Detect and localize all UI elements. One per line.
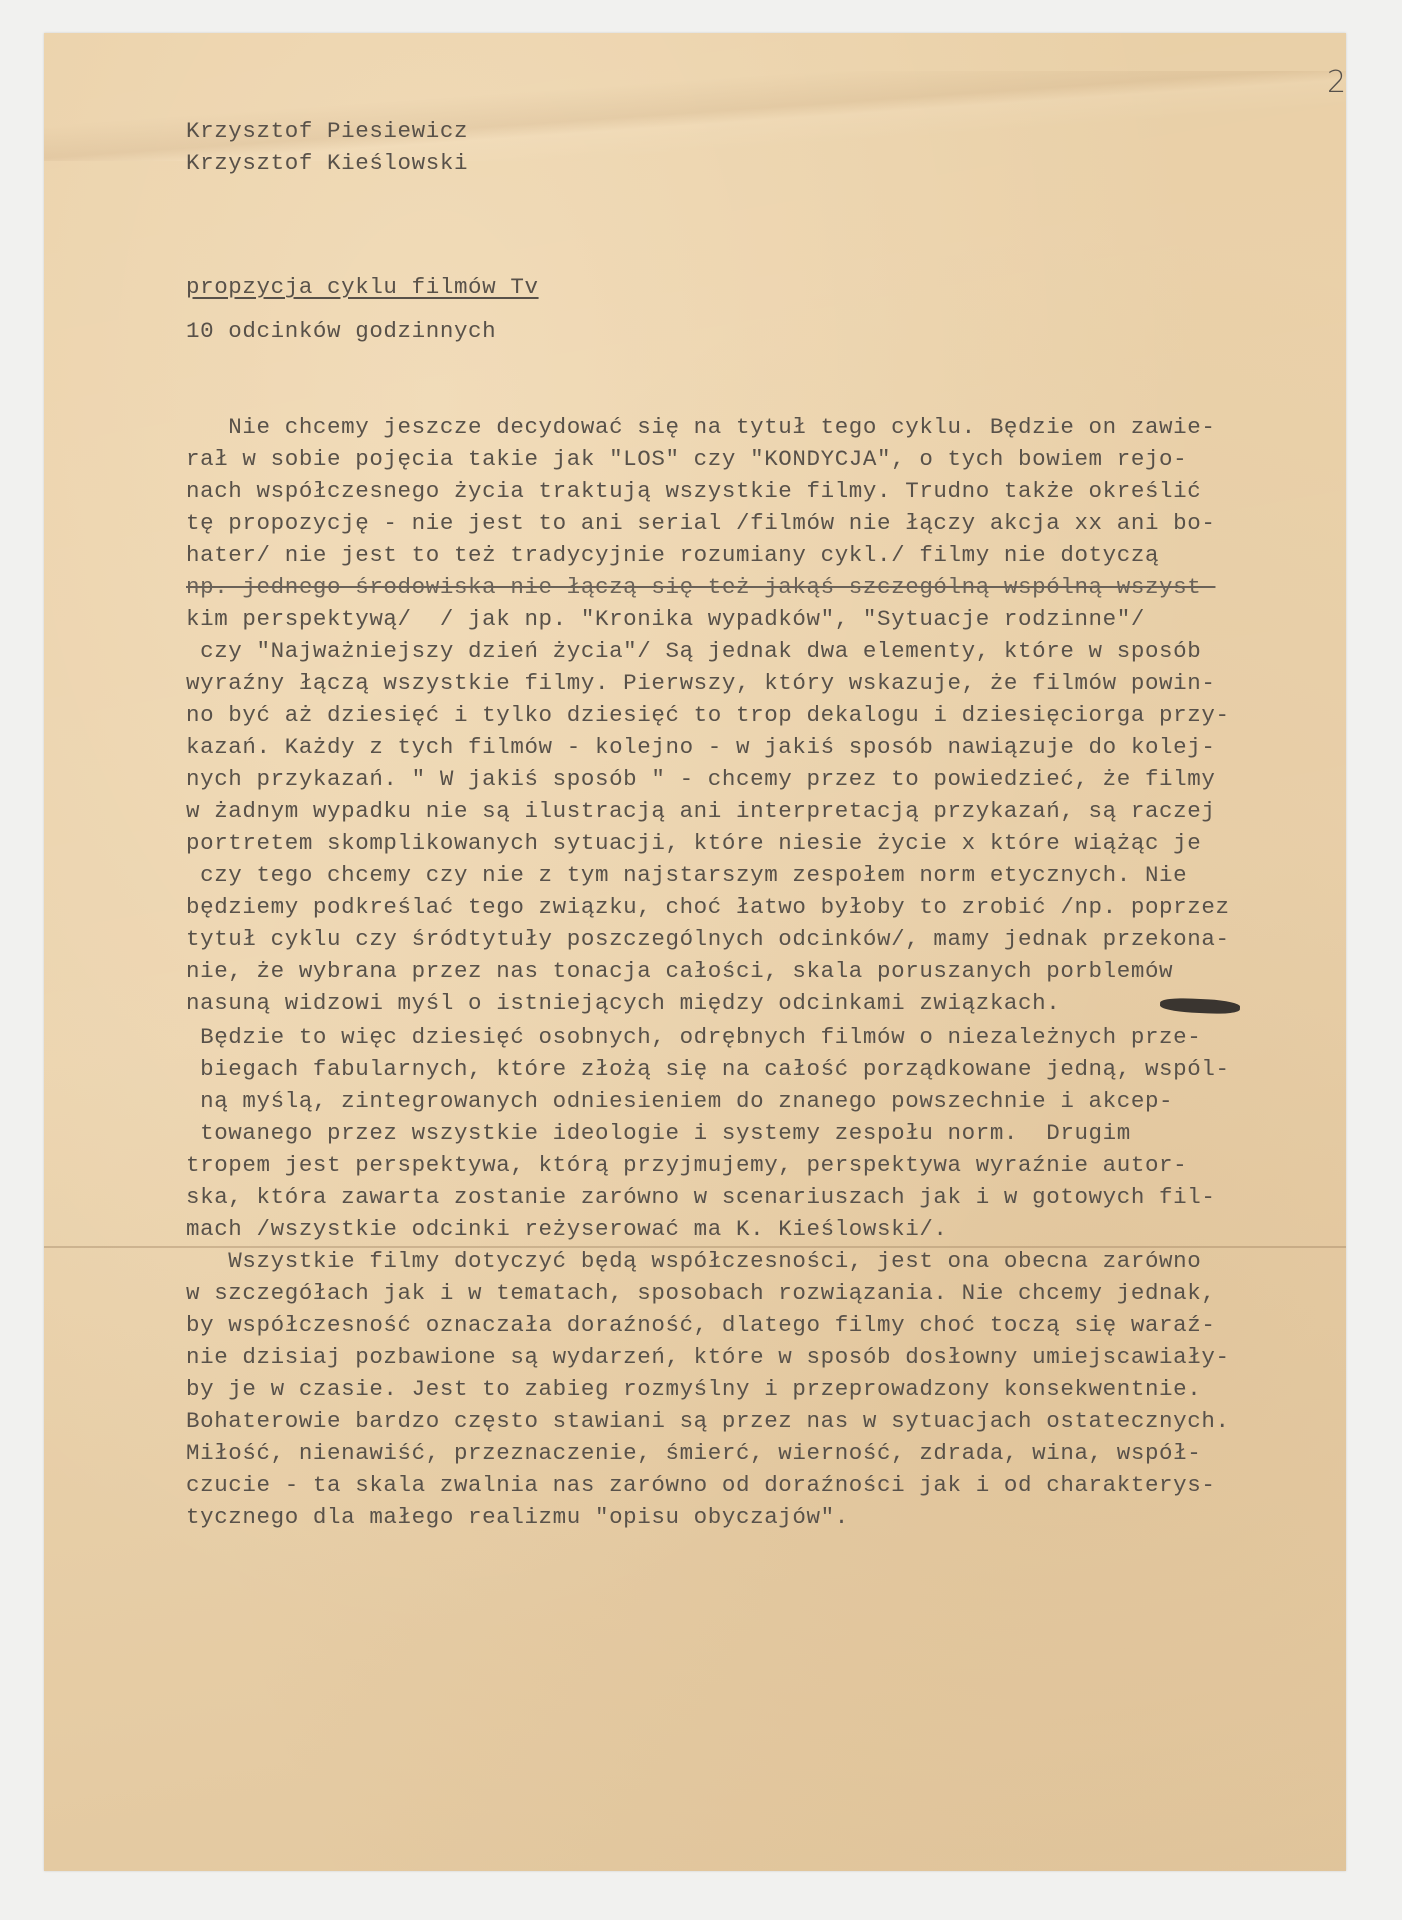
text-line: rał w sobie pojęcia takie jak "LOS" czy … (186, 443, 1187, 475)
text-line: czucie - ta skala zwalnia nas zarówno od… (186, 1469, 1215, 1501)
text-line: portretem skomplikowanych sytuacji, któr… (186, 827, 1201, 859)
text-line: nie dzisiaj pozbawione są wydarzeń, któr… (186, 1341, 1230, 1373)
text-line: wyraźny łączą wszystkie filmy. Pierwszy,… (186, 667, 1215, 699)
text-line: kazań. Każdy z tych filmów - kolejno - w… (186, 731, 1215, 763)
text-line: nych przykazań. " W jakiś sposób " - chc… (186, 763, 1215, 795)
document-title: propzycja cyklu filmów Tv (186, 271, 539, 303)
text-line: ną myślą, zintegrowanych odniesieniem do… (186, 1085, 1173, 1117)
text-line-partially-struck: kim perspektywą/ / jak np. "Kronika wypa… (186, 603, 1145, 635)
text-line: Nie chcemy jeszcze decydować się na tytu… (186, 411, 1215, 443)
text-line: Miłość, nienawiść, przeznaczenie, śmierć… (186, 1437, 1201, 1469)
text-line: by je w czasie. Jest to zabieg rozmyślny… (186, 1373, 1201, 1405)
text-line: będziemy podkreślać tego związku, choć ł… (186, 891, 1230, 923)
text-line: mach /wszystkie odcinki reżyserować ma K… (186, 1213, 948, 1245)
text-line: w szczegółach jak i w tematach, sposobac… (186, 1277, 1215, 1309)
text-line: nasuną widzowi myśl o istniejących międz… (186, 987, 1060, 1019)
text-line: tycznego dla małego realizmu "opisu obyc… (186, 1501, 849, 1533)
text-line: by współczesność oznaczała doraźność, dl… (186, 1309, 1215, 1341)
document-subtitle: 10 odcinków godzinnych (186, 315, 496, 347)
text-line-struck: np. jednego środowiska nie łączą się też… (186, 571, 1215, 603)
text-line: nie, że wybrana przez nas tonacja całośc… (186, 955, 1173, 987)
text-line: towanego przez wszystkie ideologie i sys… (186, 1117, 1131, 1149)
text-line: no być aż dziesięć i tylko dziesięć to t… (186, 699, 1230, 731)
text-line: tropem jest perspektywa, którą przyjmuje… (186, 1149, 1187, 1181)
author-2: Krzysztof Kieślowski (186, 147, 468, 179)
typewritten-page: 2 Krzysztof Piesiewicz Krzysztof Kieślow… (44, 33, 1346, 1871)
text-line-partially-struck: hater/ nie jest to też tradycyjnie rozum… (186, 539, 1159, 571)
text-line: ska, która zawarta zostanie zarówno w sc… (186, 1181, 1215, 1213)
text-line: tę propozycję - nie jest to ani serial /… (186, 507, 1215, 539)
page-number: 2 (1327, 65, 1346, 100)
text-line: biegach fabularnych, które złożą się na … (186, 1053, 1230, 1085)
text-line: w żadnym wypadku nie są ilustracją ani i… (186, 795, 1215, 827)
text-line: czy tego chcemy czy nie z tym najstarszy… (186, 859, 1187, 891)
ink-blot (1160, 997, 1241, 1015)
text-line: tytuł cyklu czy śródtytuły poszczególnyc… (186, 923, 1230, 955)
text-line: Wszystkie filmy dotyczyć będą współczesn… (186, 1245, 1201, 1277)
text-line: nach współczesnego życia traktują wszyst… (186, 475, 1201, 507)
text-line: Będzie to więc dziesięć osobnych, odrębn… (186, 1021, 1201, 1053)
text-line: czy "Najważniejszy dzień życia"/ Są jedn… (186, 635, 1201, 667)
text-line: Bohaterowie bardzo często stawiani są pr… (186, 1405, 1230, 1437)
author-1: Krzysztof Piesiewicz (186, 115, 468, 147)
